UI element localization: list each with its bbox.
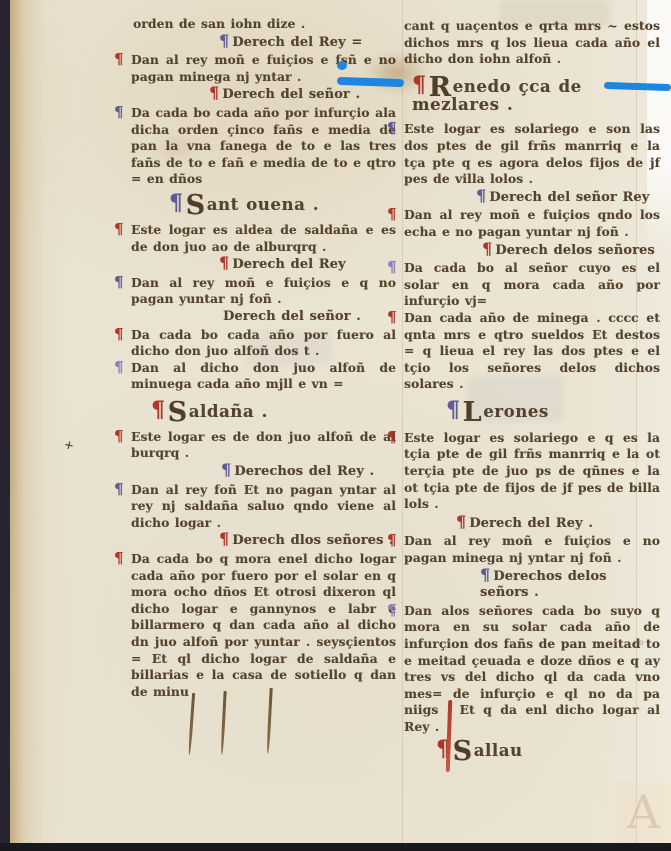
entry-paragraph: ¶Dan al rey moñ e fuiçios qndo los echa … <box>404 207 660 240</box>
manuscript-text-line: ant ouena . <box>207 195 319 214</box>
entry-paragraph: ¶Dan al dicho don juo alfoñ de minuega c… <box>131 360 396 393</box>
manuscript-text-line: Derech del Rey = <box>232 35 362 50</box>
manuscript-text-line: Este logar es solariego e q es la tçia p… <box>404 430 660 513</box>
manuscript-text-line: Da cada bo al señor cuyo es el solar en … <box>404 260 660 310</box>
pilcrow-mark-purple: ¶ <box>387 260 397 274</box>
entry-paragraph: ¶Este logar es solariego e son las dos p… <box>404 121 660 187</box>
manuscript-text-line: Este logar es aldea de saldaña e es de d… <box>131 222 396 255</box>
pilcrow-mark-blue: ¶ <box>480 565 490 584</box>
manuscript-text-line: Dan cada año de minega . cccc et qnta mr… <box>404 310 660 393</box>
manuscript-text-line: Este logar es solariego e son las dos pt… <box>404 121 660 187</box>
entry-paragraph: ¶Dan al rey moñ e fuiçios e no pagan min… <box>404 533 660 566</box>
manuscript-text-line: aldaña . <box>189 402 268 421</box>
manuscript-text-line: erones <box>483 402 549 421</box>
manuscript-text-line: Derech delos señores <box>495 243 655 258</box>
pilcrow-mark-red: ¶ <box>219 253 229 272</box>
pilcrow-mark-blue: ¶ <box>219 31 229 50</box>
manuscript-text-line: Da cada bo cada año por infurçio ala dic… <box>131 105 396 188</box>
watermark-letter: A <box>616 782 671 842</box>
binding-edge-bar <box>0 0 10 851</box>
manuscript-text-line: Derech dlos señores . <box>232 533 393 548</box>
section-subheading: ¶Derech del señor Rey <box>476 189 660 207</box>
entry-paragraph: cant q uaçentos e qrta mrs ~ estos dicho… <box>404 18 660 68</box>
manuscript-text-line: Este logar es de don juo alfoñ de al bur… <box>131 429 396 462</box>
manuscript-text-line: Dan al rey moñ e fuiçios e q no pagan yu… <box>131 275 396 308</box>
place-heading: ¶Sant ouena . <box>169 196 396 215</box>
manuscript-text-line: Derechos del Rey . <box>234 464 374 479</box>
manuscript-text-line: Dan al rey moñ e fuiçios qndo los echa e… <box>404 207 660 240</box>
manuscript-text-line: cant q uaçentos e qrta mrs ~ estos dicho… <box>404 18 660 68</box>
manuscript-text-line: Derech del Rey . <box>469 516 593 531</box>
manuscript-text-line: Dan al dicho don juo alfoñ de minuega ca… <box>131 360 396 393</box>
entry-paragraph: ¶Dan cada año de minega . cccc et qnta m… <box>404 310 660 393</box>
entry-paragraph: ¶Este logar es de don juo alfoñ de al bu… <box>131 429 396 462</box>
pilcrow-mark-red: ¶ <box>456 512 466 531</box>
pilcrow-mark-red: ¶ <box>114 429 124 443</box>
blue-marker-dot <box>337 61 347 70</box>
manuscript-text-line: Da cada bo q mora enel dicho logar cada … <box>131 551 396 700</box>
right-text-column: cant q uaçentos e qrta mrs ~ estos dicho… <box>404 18 660 765</box>
pilcrow-mark-red: ¶ <box>387 430 397 444</box>
pilcrow-mark-red: ¶ <box>387 207 397 221</box>
section-subheading: ¶Derech dlos señores . <box>219 532 396 550</box>
pilcrow-mark-red: ¶ <box>209 83 219 102</box>
pilcrow-mark-blue: ¶ <box>387 121 397 135</box>
pilcrow-mark-red: ¶ <box>219 529 229 548</box>
place-heading: ¶Saldaña . <box>151 403 396 422</box>
section-subheading: Derech del señor . <box>223 309 396 326</box>
section-subheading: ¶Derech del Rey = <box>219 34 396 52</box>
scan-bottom-bar <box>0 843 671 851</box>
pilcrow-mark-blue: ¶ <box>114 275 124 289</box>
section-subheading: ¶Derech del Rey <box>219 256 396 274</box>
manuscript-text-line: Derechos delos señors . <box>480 569 607 601</box>
decorated-initial: L <box>463 397 483 428</box>
decorated-initial: S <box>186 190 206 221</box>
entry-paragraph: ¶Este logar es solariego e q es la tçia … <box>404 430 660 513</box>
pilcrow-mark-red: ¶ <box>387 310 397 324</box>
entry-paragraph: ¶Dan al rey foñ Et no pagan yntar al rey… <box>131 482 396 532</box>
left-text-column: orden de san iohn dize .¶Derech del Rey … <box>131 16 396 700</box>
place-heading: ¶Lerones <box>446 403 660 422</box>
manuscript-text-line: Dan al rey foñ Et no pagan yntar al rey … <box>131 482 396 532</box>
pilcrow-mark-red: ¶ <box>114 52 124 66</box>
manuscript-text-line: allau <box>474 741 523 760</box>
entry-paragraph: ¶Este logar es aldea de saldaña e es de … <box>131 222 396 255</box>
decorated-initial: S <box>453 736 473 767</box>
section-subheading: ¶Derech delos señores <box>482 242 660 260</box>
entry-paragraph: ¶Da cada bo cada año por infurçio ala di… <box>131 105 396 188</box>
manuscript-text-line: orden de san iohn dize . <box>133 16 396 33</box>
manuscript-text-line: Derech del señor . <box>222 87 360 102</box>
pilcrow-mark-blue: ¶ <box>221 460 231 479</box>
entry-paragraph: ¶Da cada bo q mora enel dicho logar cada… <box>131 551 396 700</box>
pilcrow-mark-purple: ¶ <box>387 603 397 617</box>
entry-paragraph: ¶Dan alos señores cada bo suyo q mora en… <box>404 603 660 736</box>
pilcrow-mark-red: ¶ <box>114 222 124 236</box>
place-heading: ¶Sallau <box>436 742 660 761</box>
margin-pencil-note: po <box>634 638 644 647</box>
pilcrow-mark-red: ¶ <box>151 397 166 423</box>
manuscript-text-line: Derech del señor . <box>223 309 361 324</box>
pilcrow-mark-blue: ¶ <box>476 186 486 205</box>
pilcrow-mark-blue: ¶ <box>169 190 184 216</box>
entry-paragraph: ¶Dan al rey moñ e fuiçios e q no pagan y… <box>131 275 396 308</box>
manuscript-text-line: Derech del Rey <box>232 257 345 272</box>
pilcrow-mark-blue: ¶ <box>114 482 124 496</box>
entry-paragraph: ¶Da cada bo al señor cuyo es el solar en… <box>404 260 660 310</box>
column-ruling-line <box>402 0 403 843</box>
manuscript-text-line: Dan alos señores cada bo suyo q mora en … <box>404 603 660 736</box>
pilcrow-mark-red: ¶ <box>387 533 397 547</box>
section-subheading: ¶Derechos del Rey . <box>221 463 396 481</box>
manuscript-text-line: Derech del señor Rey <box>489 190 649 205</box>
section-subheading: ¶Derech del señor . <box>209 86 396 104</box>
entry-paragraph: ¶Da cada bo cada año por fuero al dicho … <box>131 327 396 360</box>
manuscript-text-line: Da cada bo cada año por fuero al dicho d… <box>131 327 396 360</box>
pilcrow-mark-blue: ¶ <box>114 105 124 119</box>
pilcrow-mark-red: ¶ <box>114 327 124 341</box>
pilcrow-mark-red: ¶ <box>482 239 492 258</box>
section-subheading: ¶Derechos delos señors . <box>480 568 660 602</box>
pilcrow-mark-red: ¶ <box>114 551 124 565</box>
entry-paragraph: orden de san iohn dize . <box>133 16 396 33</box>
section-subheading: ¶Derech del Rey . <box>456 515 660 533</box>
pilcrow-mark-blue: ¶ <box>446 397 461 423</box>
manuscript-text-line: Dan al rey moñ e fuiçios e no pagan mine… <box>404 533 660 566</box>
decorated-initial: S <box>168 397 188 428</box>
pilcrow-mark-purple: ¶ <box>114 360 124 374</box>
